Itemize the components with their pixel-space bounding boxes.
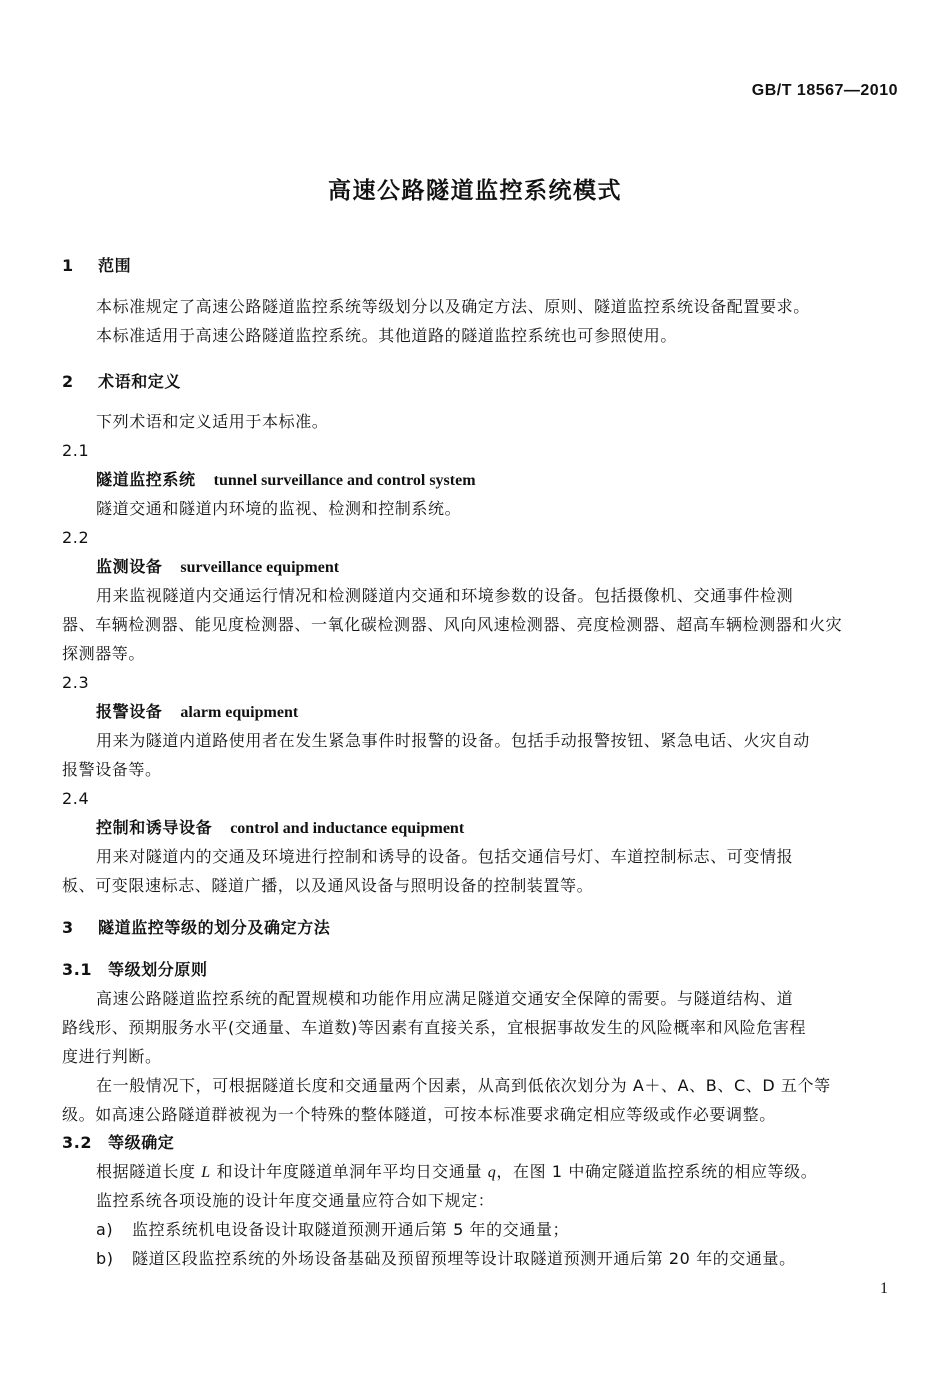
- term-heading: 控制和诱导设备control and inductance equipment: [96, 818, 464, 839]
- list-item: a)监控系统机电设备设计取隧道预测开通后第 5 年的交通量；: [96, 1220, 569, 1240]
- section-3-2-text: 根据隧道长度 L 和设计年度隧道单洞年平均日交通量 q，在图 1 中确定隧道监控…: [96, 1162, 817, 1183]
- page-number: 1: [880, 1280, 888, 1298]
- term-heading: 监测设备surveillance equipment: [96, 557, 339, 578]
- section-3-2-heading: 3.2等级确定: [62, 1133, 174, 1153]
- section-3-1-text: 高速公路隧道监控系统的配置规模和功能作用应满足隧道交通安全保障的需要。与隧道结构…: [96, 989, 793, 1009]
- section-2-heading: 2术语和定义: [62, 372, 181, 392]
- term-definition: 报警设备等。: [62, 760, 162, 780]
- list-item: b)隧道区段监控系统的外场设备基础及预留预埋等设计取隧道预测开通后第 20 年的…: [96, 1249, 796, 1269]
- section-3-heading: 3隧道监控等级的划分及确定方法: [62, 918, 330, 938]
- term-number: 2.2: [62, 528, 89, 548]
- term-definition: 器、车辆检测器、能见度检测器、一氧化碳检测器、风向风速检测器、亮度检测器、超高车…: [62, 615, 842, 635]
- standard-number: GB/T 18567—2010: [752, 82, 898, 100]
- section-3-1-text: 在一般情况下，可根据隧道长度和交通量两个因素，从高到低依次划分为 A＋、A、B、…: [96, 1076, 831, 1096]
- term-definition: 用来对隧道内的交通及环境进行控制和诱导的设备。包括交通信号灯、车道控制标志、可变…: [96, 847, 793, 867]
- section-3-1-text: 路线形、预期服务水平(交通量、车道数)等因素有直接关系，宜根据事故发生的风险概率…: [62, 1018, 806, 1038]
- term-definition: 隧道交通和隧道内环境的监视、检测和控制系统。: [96, 499, 461, 519]
- section-2-intro: 下列术语和定义适用于本标准。: [96, 412, 328, 432]
- term-definition: 用来为隧道内道路使用者在发生紧急事件时报警的设备。包括手动报警按钮、紧急电话、火…: [96, 731, 810, 751]
- term-definition: 探测器等。: [62, 644, 145, 664]
- term-number: 2.4: [62, 789, 89, 809]
- term-heading: 报警设备alarm equipment: [96, 702, 298, 723]
- section-1-heading: 1范围: [62, 256, 131, 276]
- term-number: 2.1: [62, 441, 89, 461]
- section-3-1-text: 级。如高速公路隧道群被视为一个特殊的整体隧道，可按本标准要求确定相应等级或作必要…: [62, 1105, 776, 1125]
- section-1-paragraph: 本标准适用于高速公路隧道监控系统。其他道路的隧道监控系统也可参照使用。: [96, 326, 677, 346]
- section-3-1-text: 度进行判断。: [62, 1047, 162, 1067]
- term-number: 2.3: [62, 673, 89, 693]
- document-title: 高速公路隧道监控系统模式: [0, 172, 950, 205]
- section-1-paragraph: 本标准规定了高速公路隧道监控系统等级划分以及确定方法、原则、隧道监控系统设备配置…: [96, 297, 810, 317]
- section-3-1-heading: 3.1等级划分原则: [62, 960, 208, 980]
- term-definition: 用来监视隧道内交通运行情况和检测隧道内交通和环境参数的设备。包括摄像机、交通事件…: [96, 586, 793, 606]
- term-definition: 板、可变限速标志、隧道广播，以及通风设备与照明设备的控制装置等。: [62, 876, 593, 896]
- term-heading: 隧道监控系统tunnel surveillance and control sy…: [96, 470, 476, 491]
- section-3-2-text: 监控系统各项设施的设计年度交通量应符合如下规定：: [96, 1191, 494, 1211]
